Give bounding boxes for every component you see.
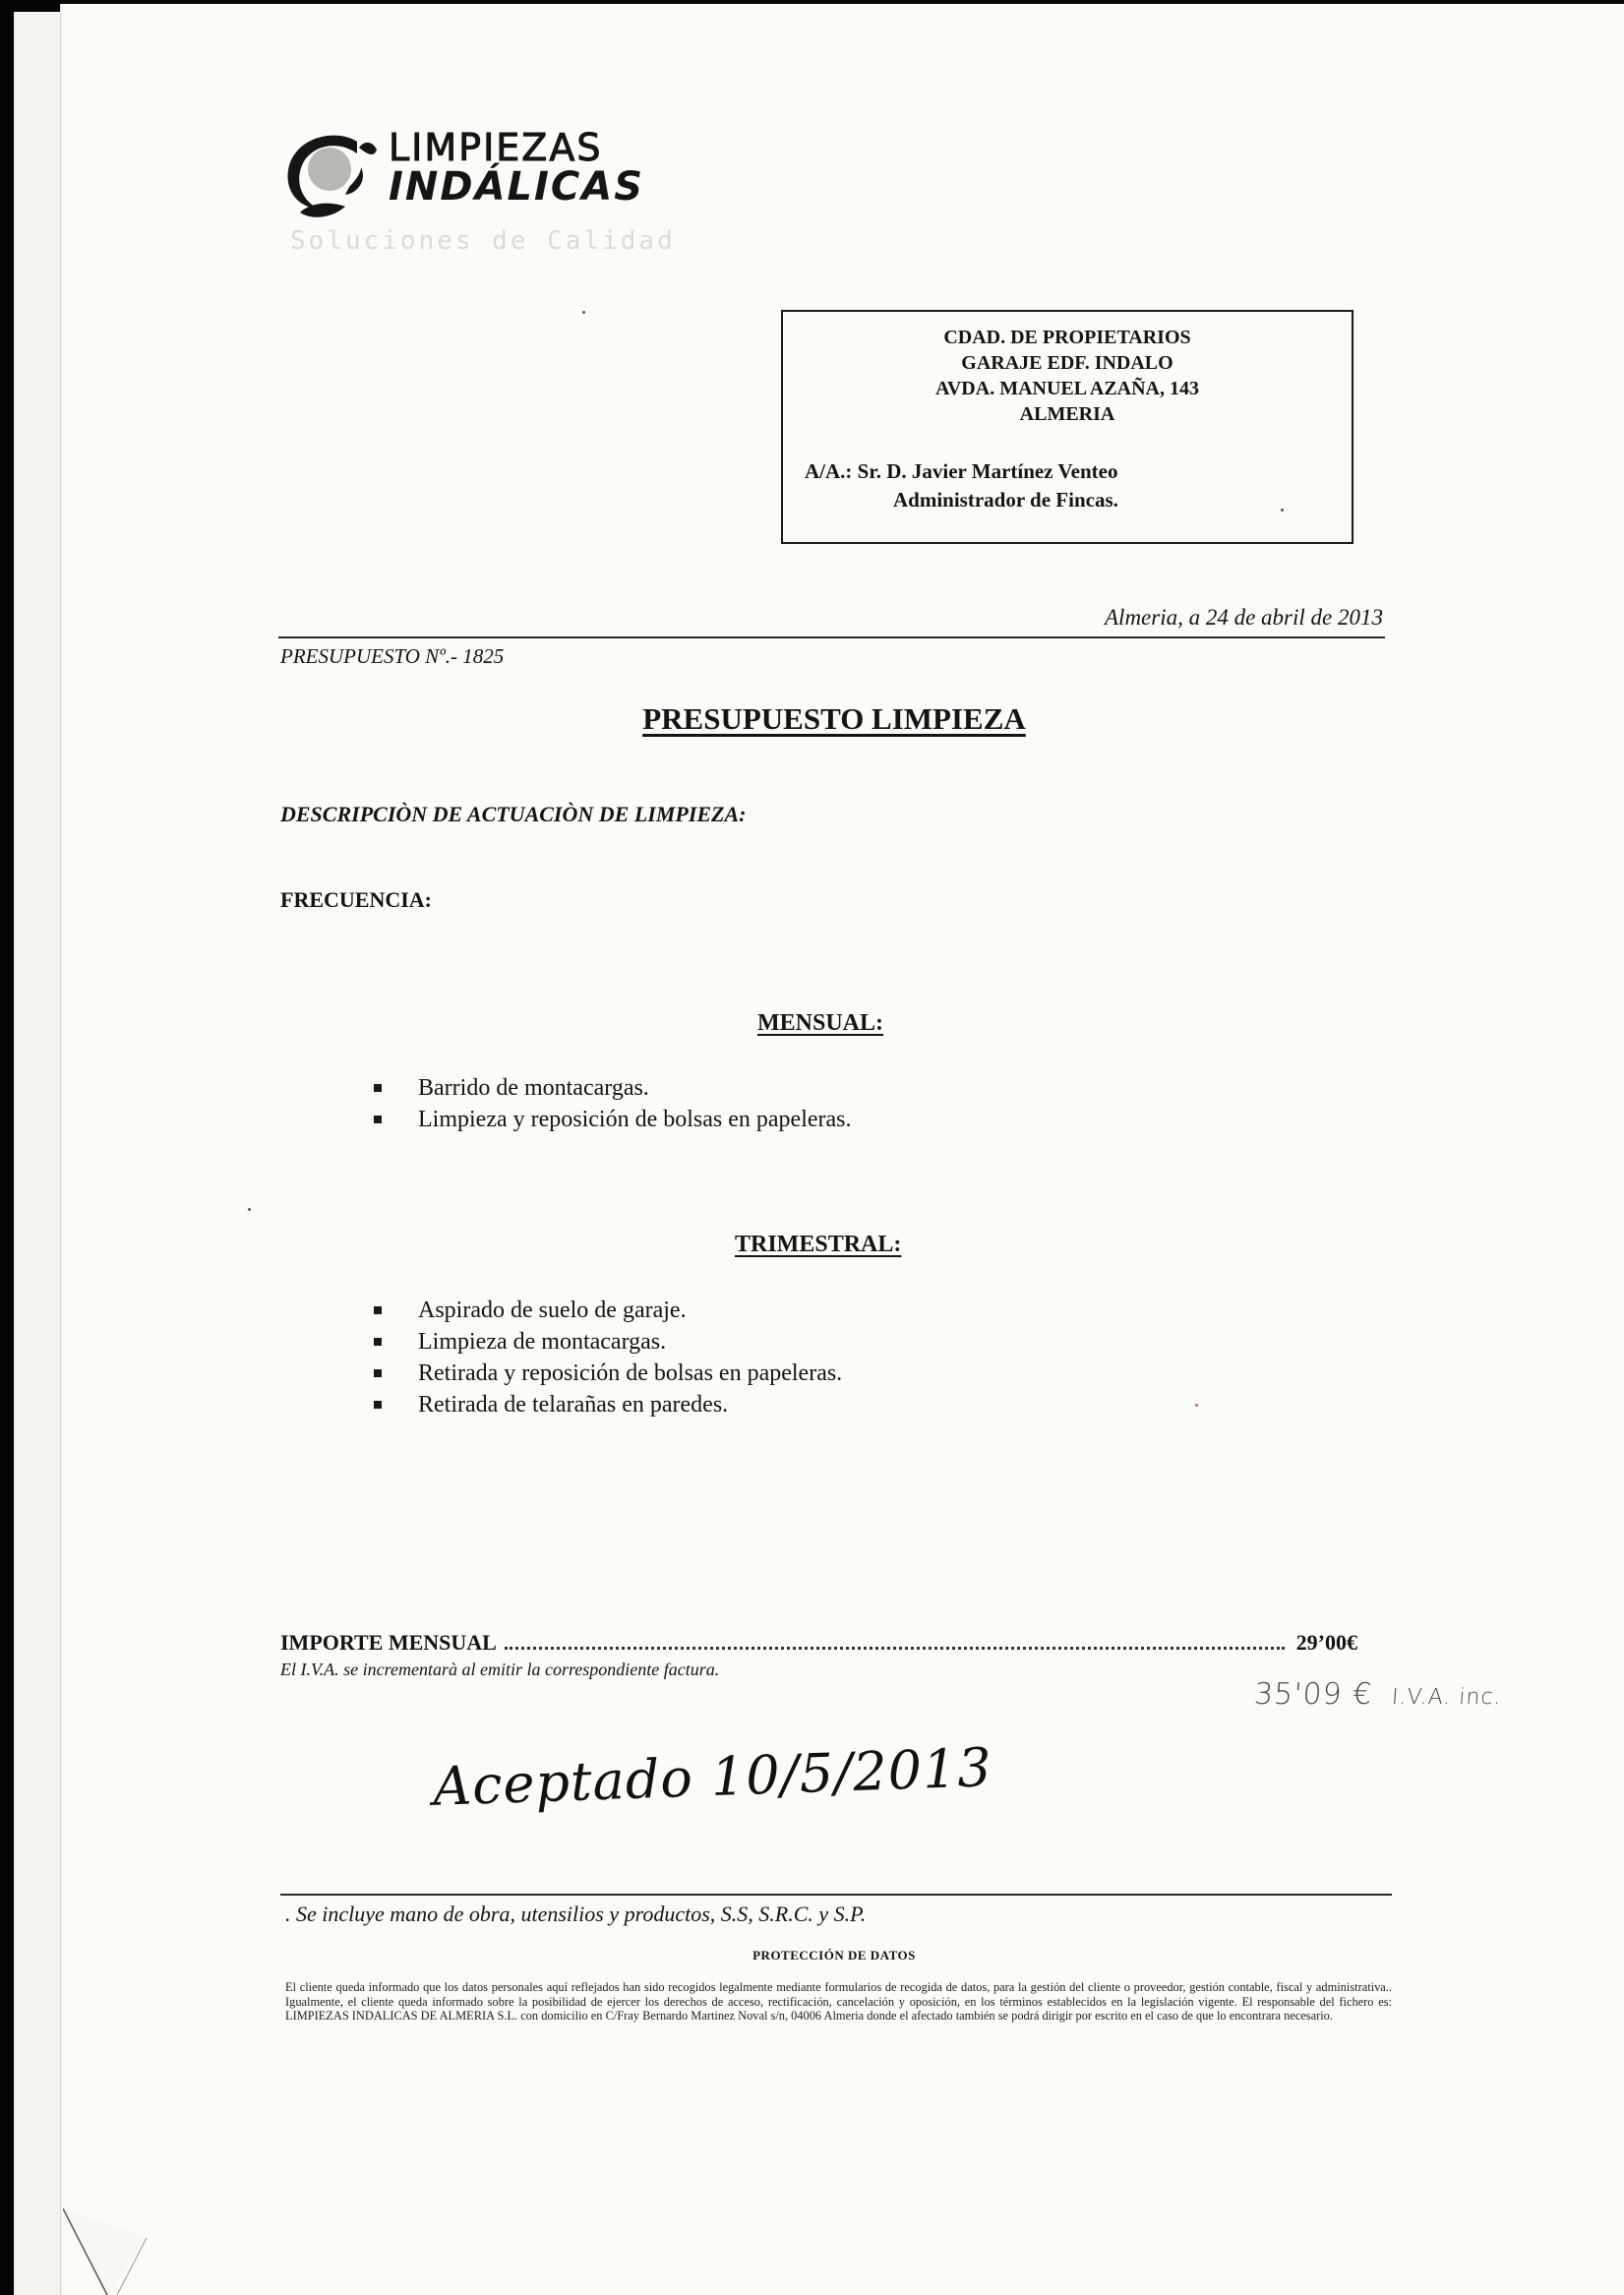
list-item: Limpieza y reposición de bolsas en papel… (374, 1104, 852, 1135)
recipient-line: ALMERIA (783, 401, 1352, 427)
task-list-trimestral: Aspirado de suelo de garaje. Limpieza de… (374, 1295, 842, 1420)
privacy-text: El cliente queda informado que los datos… (285, 1980, 1392, 2023)
document-date: Almeria, a 24 de abril de 2013 (1105, 605, 1383, 631)
scan-edge-corner (0, 0, 61, 12)
monthly-amount-row: IMPORTE MENSUAL 29’00€ (280, 1630, 1357, 1656)
document-title: PRESUPUESTO LIMPIEZA (0, 701, 1624, 737)
section-heading-trimestral: TRIMESTRAL: (735, 1232, 901, 1258)
section-heading-mensual: MENSUAL: (757, 1010, 883, 1037)
bullet-icon (374, 1084, 382, 1092)
recipient-line: GARAJE EDF. INDALO (783, 350, 1352, 376)
folded-page-corner (63, 2208, 151, 2295)
bullet-icon (374, 1338, 382, 1346)
company-name: LIMPIEZAS INDÁLICAS (389, 128, 644, 207)
bullet-icon (374, 1116, 382, 1123)
description-heading: DESCRIPCIÒN DE ACTUACIÒN DE LIMPIEZA: (280, 802, 747, 827)
scan-speck (248, 1208, 251, 1211)
company-tagline: Soluciones de Calidad (290, 226, 644, 256)
header-divider (278, 636, 1385, 638)
globe-swirl-icon (280, 128, 384, 221)
recipient-line: CDAD. DE PROPIETARIOS (783, 325, 1352, 350)
bullet-icon (374, 1306, 382, 1314)
recipient-address-box: CDAD. DE PROPIETARIOS GARAJE EDF. INDALO… (781, 310, 1353, 544)
attention-name: A/A.: Sr. D. Javier Martínez Venteo (805, 459, 1117, 483)
recipient-address: CDAD. DE PROPIETARIOS GARAJE EDF. INDALO… (783, 325, 1352, 427)
handwritten-total-with-vat: 35'09 €I.V.A. inc. (1253, 1677, 1503, 1712)
amount-label: IMPORTE MENSUAL (280, 1630, 497, 1656)
handwritten-acceptance-signature: Aceptado 10/5/2013 (432, 1736, 993, 1818)
task-list-mensual: Barrido de montacargas. Limpieza y repos… (374, 1072, 852, 1135)
list-item: Barrido de montacargas. (374, 1072, 852, 1104)
bullet-icon (374, 1369, 382, 1377)
list-item: Aspirado de suelo de garaje. (374, 1295, 842, 1326)
privacy-title: PROTECCIÓN DE DATOS (0, 1948, 1624, 1963)
handwritten-vat-included: I.V.A. inc. (1391, 1685, 1502, 1710)
list-item: Limpieza de montacargas. (374, 1326, 842, 1358)
scan-speck (582, 311, 585, 314)
bullet-icon (374, 1401, 382, 1409)
footer-divider (280, 1894, 1392, 1896)
amount-value: 29’00€ (1296, 1630, 1357, 1656)
vat-note: El I.V.A. se incrementarà al emitir la c… (280, 1660, 719, 1680)
budget-number: PRESUPUESTO Nº.- 1825 (280, 644, 504, 669)
list-item: Retirada y reposición de bolsas en papel… (374, 1358, 842, 1389)
attention-block: A/A.: Sr. D. Javier Martínez Venteo Admi… (805, 457, 1118, 514)
frequency-heading: FRECUENCIA: (280, 887, 432, 913)
scan-edge-top (0, 0, 1624, 4)
recipient-line: AVDA. MANUEL AZAÑA, 143 (783, 376, 1352, 401)
scan-speck (1195, 1404, 1198, 1407)
list-item: Retirada de telarañas en paredes. (374, 1389, 842, 1420)
attention-role: Administrador de Fincas. (805, 486, 1118, 514)
dot-leader (505, 1647, 1285, 1650)
includes-note: . Se incluye mano de obra, utensilios y … (285, 1902, 866, 1927)
